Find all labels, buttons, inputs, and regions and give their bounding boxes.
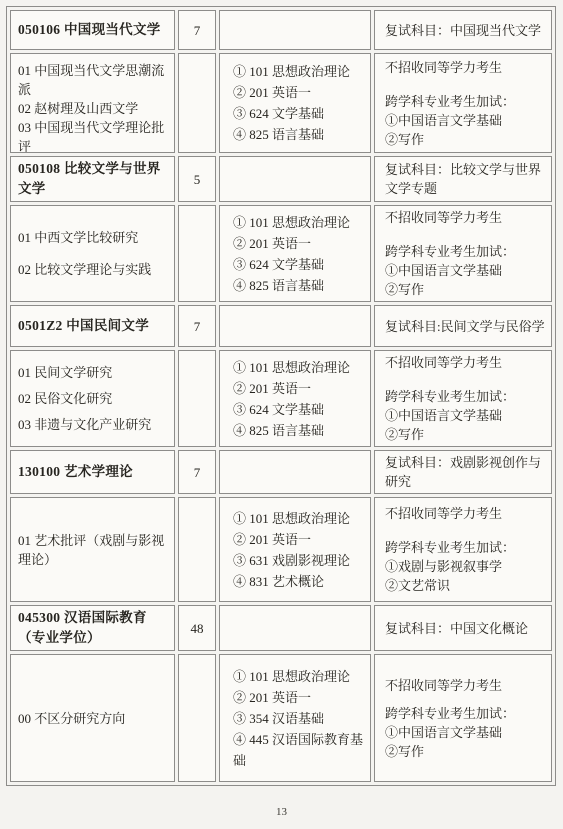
quota-value: 7 xyxy=(181,463,213,482)
program-header-row: 130100 艺术学理论 7 复试科目：戏剧影视创作与研究 xyxy=(10,450,552,494)
exam-subject-item: ④ 825 语言基础 xyxy=(233,420,364,441)
directions-cell: 01 中西文学比较研究 02 比较文学理论与实践 xyxy=(10,205,175,302)
exam-subject-item: ③ 631 戏剧影视理论 xyxy=(233,550,364,571)
retest-subject: 复试科目：比较文学与世界文学专题 xyxy=(385,160,545,198)
retest-subject-cell: 复试科目：戏剧影视创作与研究 xyxy=(374,450,552,494)
exam-subject-item: ① 101 思想政治理论 xyxy=(233,212,364,233)
program-header-row: 045300 汉语国际教育（专业学位） 48 复试科目：中国文化概论 xyxy=(10,605,552,651)
notes-cell: 不招收同等学力考生 跨学科专业考生加试： ①中国语言文学基础 ②写作 xyxy=(374,654,552,782)
program-header-row: 0501Z2 中国民间文学 7 复试科目:民间文学与民俗学 xyxy=(10,305,552,347)
note-line: ②写作 xyxy=(385,130,545,149)
note-line: 不招收同等学力考生 xyxy=(385,208,545,227)
quota-value: 7 xyxy=(181,21,213,40)
empty-cell xyxy=(178,654,216,782)
exam-subject-item: ③ 624 文学基础 xyxy=(233,254,364,275)
direction-item: 01 民间文学研究 xyxy=(18,363,168,382)
empty-cell xyxy=(219,156,371,202)
exam-subject-item: ② 201 英语一 xyxy=(233,378,364,399)
retest-subject-cell: 复试科目：中国现当代文学 xyxy=(374,10,552,50)
admissions-table: 050106 中国现当代文学 7 复试科目：中国现当代文学 01 中国现当代文学… xyxy=(6,6,556,786)
note-line: ①中国语言文学基础 xyxy=(385,406,545,425)
exam-subjects-cell: ① 101 思想政治理论 ② 201 英语一 ③ 631 戏剧影视理论 ④ 83… xyxy=(219,497,371,602)
program-code-title: 130100 艺术学理论 xyxy=(18,462,168,482)
retest-subject: 复试科目:民间文学与民俗学 xyxy=(385,317,545,336)
program-detail-row: 00 不区分研究方向 ① 101 思想政治理论 ② 201 英语一 ③ 354 … xyxy=(10,654,552,782)
note-line: 不招收同等学力考生 xyxy=(385,504,545,523)
exam-subject-item: ④ 825 语言基础 xyxy=(233,124,364,145)
quota-value: 5 xyxy=(181,170,213,189)
retest-subject-cell: 复试科目：中国文化概论 xyxy=(374,605,552,651)
program-code-title: 0501Z2 中国民间文学 xyxy=(18,316,168,336)
quota-cell: 7 xyxy=(178,450,216,494)
notes-cell: 不招收同等学力考生 跨学科专业考生加试： ①中国语言文学基础 ②写作 xyxy=(374,350,552,447)
exam-subject-item: ② 201 英语一 xyxy=(233,687,364,708)
note-line: ①中国语言文学基础 xyxy=(385,723,545,742)
note-line: 不招收同等学力考生 xyxy=(385,676,545,695)
quota-cell: 7 xyxy=(178,305,216,347)
program-code-title-cell: 130100 艺术学理论 xyxy=(10,450,175,494)
note-line: 不招收同等学力考生 xyxy=(385,58,545,77)
quota-value: 48 xyxy=(181,619,213,638)
exam-subjects-cell: ① 101 思想政治理论 ② 201 英语一 ③ 624 文学基础 ④ 825 … xyxy=(219,205,371,302)
quota-cell: 48 xyxy=(178,605,216,651)
quota-cell: 7 xyxy=(178,10,216,50)
note-line: ②写作 xyxy=(385,280,545,299)
empty-cell xyxy=(219,10,371,50)
exam-subject-item: ④ 831 艺术概论 xyxy=(233,571,364,592)
exam-subject-item: ④ 445 汉语国际教育基础 xyxy=(233,729,364,771)
quota-cell: 5 xyxy=(178,156,216,202)
direction-item: 01 中西文学比较研究 xyxy=(18,228,168,247)
exam-subject-item: ② 201 英语一 xyxy=(233,82,364,103)
direction-item: 02 民俗文化研究 xyxy=(18,389,168,408)
page-number: 13 xyxy=(0,806,563,818)
direction-item: 03 非遗与文化产业研究 xyxy=(18,415,168,434)
empty-cell xyxy=(178,497,216,602)
direction-item: 00 不区分研究方向 xyxy=(18,709,168,728)
exam-subjects-cell: ① 101 思想政治理论 ② 201 英语一 ③ 354 汉语基础 ④ 445 … xyxy=(219,654,371,782)
program-detail-row: 01 中国现当代文学思潮流派 02 赵树理及山西文学 03 中国现当代文学理论批… xyxy=(10,53,552,153)
program-code-title: 050106 中国现当代文学 xyxy=(18,20,168,40)
program-detail-row: 01 民间文学研究 02 民俗文化研究 03 非遗与文化产业研究 ① 101 思… xyxy=(10,350,552,447)
directions-cell: 01 艺术批评（戏剧与影视理论） xyxy=(10,497,175,602)
program-code-title-cell: 050106 中国现当代文学 xyxy=(10,10,175,50)
notes-cell: 不招收同等学力考生 跨学科专业考生加试： ①戏剧与影视叙事学 ②文艺常识 xyxy=(374,497,552,602)
program-code-title-cell: 045300 汉语国际教育（专业学位） xyxy=(10,605,175,651)
retest-subject-cell: 复试科目:民间文学与民俗学 xyxy=(374,305,552,347)
exam-subject-item: ④ 825 语言基础 xyxy=(233,275,364,296)
program-detail-row: 01 艺术批评（戏剧与影视理论） ① 101 思想政治理论 ② 201 英语一 … xyxy=(10,497,552,602)
program-header-row: 050106 中国现当代文学 7 复试科目：中国现当代文学 xyxy=(10,10,552,50)
empty-cell xyxy=(219,450,371,494)
exam-subject-item: ① 101 思想政治理论 xyxy=(233,61,364,82)
directions-cell: 01 民间文学研究 02 民俗文化研究 03 非遗与文化产业研究 xyxy=(10,350,175,447)
exam-subject-item: ② 201 英语一 xyxy=(233,529,364,550)
note-line: 跨学科专业考生加试： xyxy=(385,242,545,261)
program-header-row: 050108 比较文学与世界文学 5 复试科目：比较文学与世界文学专题 xyxy=(10,156,552,202)
direction-item: 01 艺术批评（戏剧与影视理论） xyxy=(18,531,168,569)
directions-cell: 00 不区分研究方向 xyxy=(10,654,175,782)
document-page: 050106 中国现当代文学 7 复试科目：中国现当代文学 01 中国现当代文学… xyxy=(0,0,563,829)
empty-cell xyxy=(219,305,371,347)
empty-cell xyxy=(178,205,216,302)
note-line: ①戏剧与影视叙事学 xyxy=(385,557,545,576)
exam-subject-item: ② 201 英语一 xyxy=(233,233,364,254)
retest-subject: 复试科目：中国文化概论 xyxy=(385,619,545,638)
program-code-title: 045300 汉语国际教育（专业学位） xyxy=(18,608,168,648)
retest-subject: 复试科目：戏剧影视创作与研究 xyxy=(385,453,545,491)
empty-cell xyxy=(178,350,216,447)
notes-cell: 不招收同等学力考生 跨学科专业考生加试： ①中国语言文学基础 ②写作 xyxy=(374,205,552,302)
note-line: 跨学科专业考生加试： xyxy=(385,387,545,406)
note-line: ①中国语言文学基础 xyxy=(385,111,545,130)
directions-cell: 01 中国现当代文学思潮流派 02 赵树理及山西文学 03 中国现当代文学理论批… xyxy=(10,53,175,153)
exam-subject-item: ③ 624 文学基础 xyxy=(233,399,364,420)
direction-item: 02 赵树理及山西文学 xyxy=(18,99,168,118)
exam-subject-item: ① 101 思想政治理论 xyxy=(233,508,364,529)
exam-subjects-cell: ① 101 思想政治理论 ② 201 英语一 ③ 624 文学基础 ④ 825 … xyxy=(219,350,371,447)
exam-subject-item: ① 101 思想政治理论 xyxy=(233,666,364,687)
note-line: ②文艺常识 xyxy=(385,576,545,595)
retest-subject-cell: 复试科目：比较文学与世界文学专题 xyxy=(374,156,552,202)
program-code-title-cell: 0501Z2 中国民间文学 xyxy=(10,305,175,347)
note-line: 跨学科专业考生加试： xyxy=(385,92,545,111)
program-detail-row: 01 中西文学比较研究 02 比较文学理论与实践 ① 101 思想政治理论 ② … xyxy=(10,205,552,302)
exam-subject-item: ③ 624 文学基础 xyxy=(233,103,364,124)
direction-item: 01 中国现当代文学思潮流派 xyxy=(18,61,168,99)
note-line: 跨学科专业考生加试： xyxy=(385,538,545,557)
exam-subject-item: ③ 354 汉语基础 xyxy=(233,708,364,729)
direction-item: 02 比较文学理论与实践 xyxy=(18,260,168,279)
exam-subject-item: ① 101 思想政治理论 xyxy=(233,357,364,378)
note-line: ②写作 xyxy=(385,425,545,444)
program-code-title: 050108 比较文学与世界文学 xyxy=(18,159,168,199)
note-line: 跨学科专业考生加试： xyxy=(385,704,545,723)
exam-subjects-cell: ① 101 思想政治理论 ② 201 英语一 ③ 624 文学基础 ④ 825 … xyxy=(219,53,371,153)
direction-item: 03 中国现当代文学理论批评 xyxy=(18,118,168,153)
empty-cell xyxy=(219,605,371,651)
quota-value: 7 xyxy=(181,317,213,336)
notes-cell: 不招收同等学力考生 跨学科专业考生加试： ①中国语言文学基础 ②写作 xyxy=(374,53,552,153)
empty-cell xyxy=(178,53,216,153)
note-line: ②写作 xyxy=(385,742,545,761)
note-line: ①中国语言文学基础 xyxy=(385,261,545,280)
note-line: 不招收同等学力考生 xyxy=(385,353,545,372)
retest-subject: 复试科目：中国现当代文学 xyxy=(385,21,545,40)
program-code-title-cell: 050108 比较文学与世界文学 xyxy=(10,156,175,202)
